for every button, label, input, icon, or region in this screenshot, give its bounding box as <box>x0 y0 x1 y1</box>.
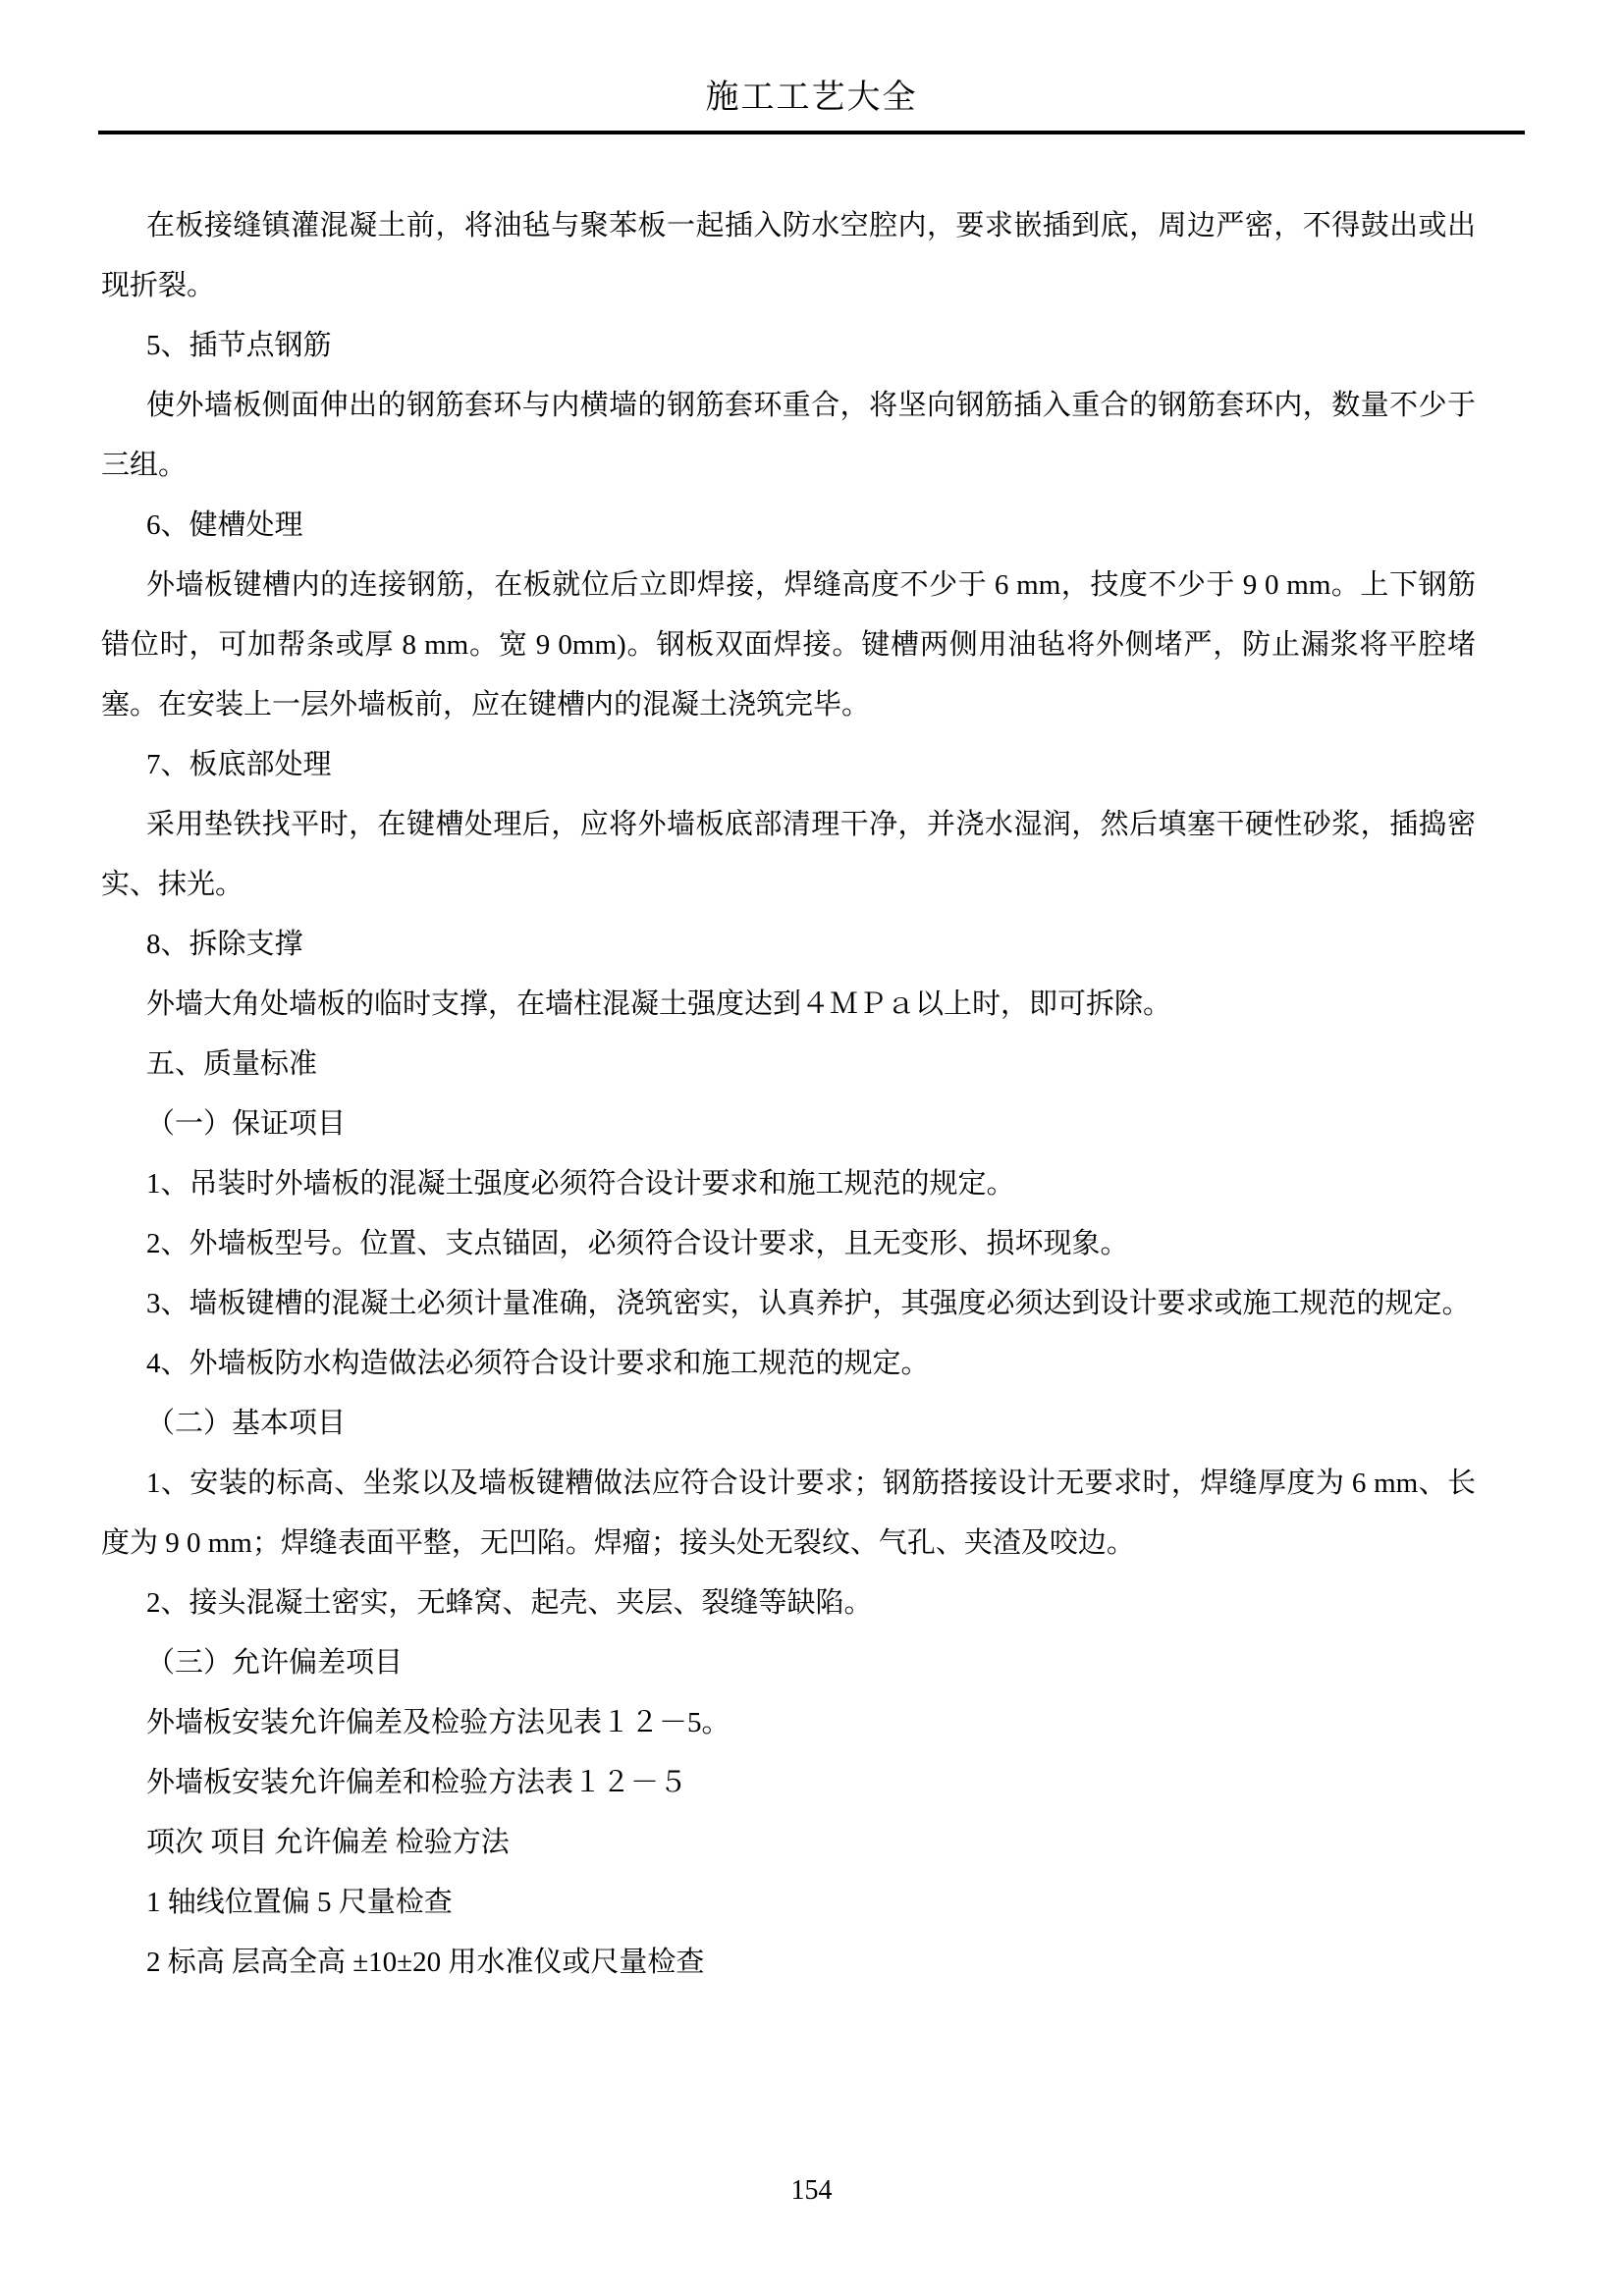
paragraph: 项次 项目 允许偏差 检验方法 <box>101 1813 1476 1873</box>
paragraph: 1、吊装时外墙板的混凝土强度必须符合设计要求和施工规范的规定。 <box>101 1154 1476 1214</box>
paragraph: 7、板底部处理 <box>101 735 1476 795</box>
paragraph: 2、外墙板型号。位置、支点锚固，必须符合设计要求，且无变形、损坏现象。 <box>101 1214 1476 1274</box>
document-body: 在板接缝镇灌混凝土前，将油毡与聚苯板一起插入防水空腔内，要求嵌插到底，周边严密，… <box>101 196 1476 1993</box>
paragraph: 1 轴线位置偏 5 尺量检查 <box>101 1873 1476 1933</box>
page-header: 施工工艺大全 <box>98 77 1525 120</box>
paragraph: 1、安装的标高、坐浆以及墙板键糟做法应符合设计要求；钢筋搭接设计无要求时，焊缝厚… <box>101 1454 1476 1574</box>
paragraph: 8、拆除支撑 <box>101 915 1476 975</box>
paragraph: 2、接头混凝土密实，无蜂窝、起壳、夹层、裂缝等缺陷。 <box>101 1574 1476 1633</box>
paragraph: 在板接缝镇灌混凝土前，将油毡与聚苯板一起插入防水空腔内，要求嵌插到底，周边严密，… <box>101 196 1476 316</box>
paragraph: （一）保证项目 <box>101 1095 1476 1154</box>
header-title: 施工工艺大全 <box>98 77 1525 120</box>
paragraph: 使外墙板侧面伸出的钢筋套环与内横墙的钢筋套环重合，将坚向钢筋插入重合的钢筋套环内… <box>101 376 1476 496</box>
paragraph: 外墙板安装允许偏差及检验方法见表１２－5。 <box>101 1693 1476 1753</box>
paragraph: （二）基本项目 <box>101 1394 1476 1454</box>
paragraph: 采用垫铁找平时，在键槽处理后，应将外墙板底部清理干净，并浇水湿润，然后填塞干硬性… <box>101 795 1476 915</box>
header-rule <box>98 131 1525 134</box>
paragraph: 外墙大角处墙板的临时支撑，在墙柱混凝土强度达到４ＭＰａ以上时，即可拆除。 <box>101 975 1476 1035</box>
paragraph: 五、质量标准 <box>101 1035 1476 1095</box>
paragraph: 6、健槽处理 <box>101 496 1476 556</box>
paragraph: 2 标高 层高全高 ±10±20 用水准仪或尺量检查 <box>101 1933 1476 1993</box>
paragraph: （三）允许偏差项目 <box>101 1633 1476 1693</box>
paragraph: 外墙板安装允许偏差和检验方法表１２－５ <box>101 1753 1476 1813</box>
document-page: 施工工艺大全 在板接缝镇灌混凝土前，将油毡与聚苯板一起插入防水空腔内，要求嵌插到… <box>0 0 1623 2296</box>
paragraph: 5、插节点钢筋 <box>101 316 1476 376</box>
paragraph: 外墙板键槽内的连接钢筋，在板就位后立即焊接，焊缝高度不少于 6 mm，技度不少于… <box>101 556 1476 735</box>
page-footer: 154 <box>0 2171 1623 2211</box>
paragraph: 3、墙板键槽的混凝土必须计量准确，浇筑密实，认真养护，其强度必须达到设计要求或施… <box>101 1274 1476 1334</box>
page-number: 154 <box>791 2175 833 2206</box>
paragraph: 4、外墙板防水构造做法必须符合设计要求和施工规范的规定。 <box>101 1334 1476 1394</box>
